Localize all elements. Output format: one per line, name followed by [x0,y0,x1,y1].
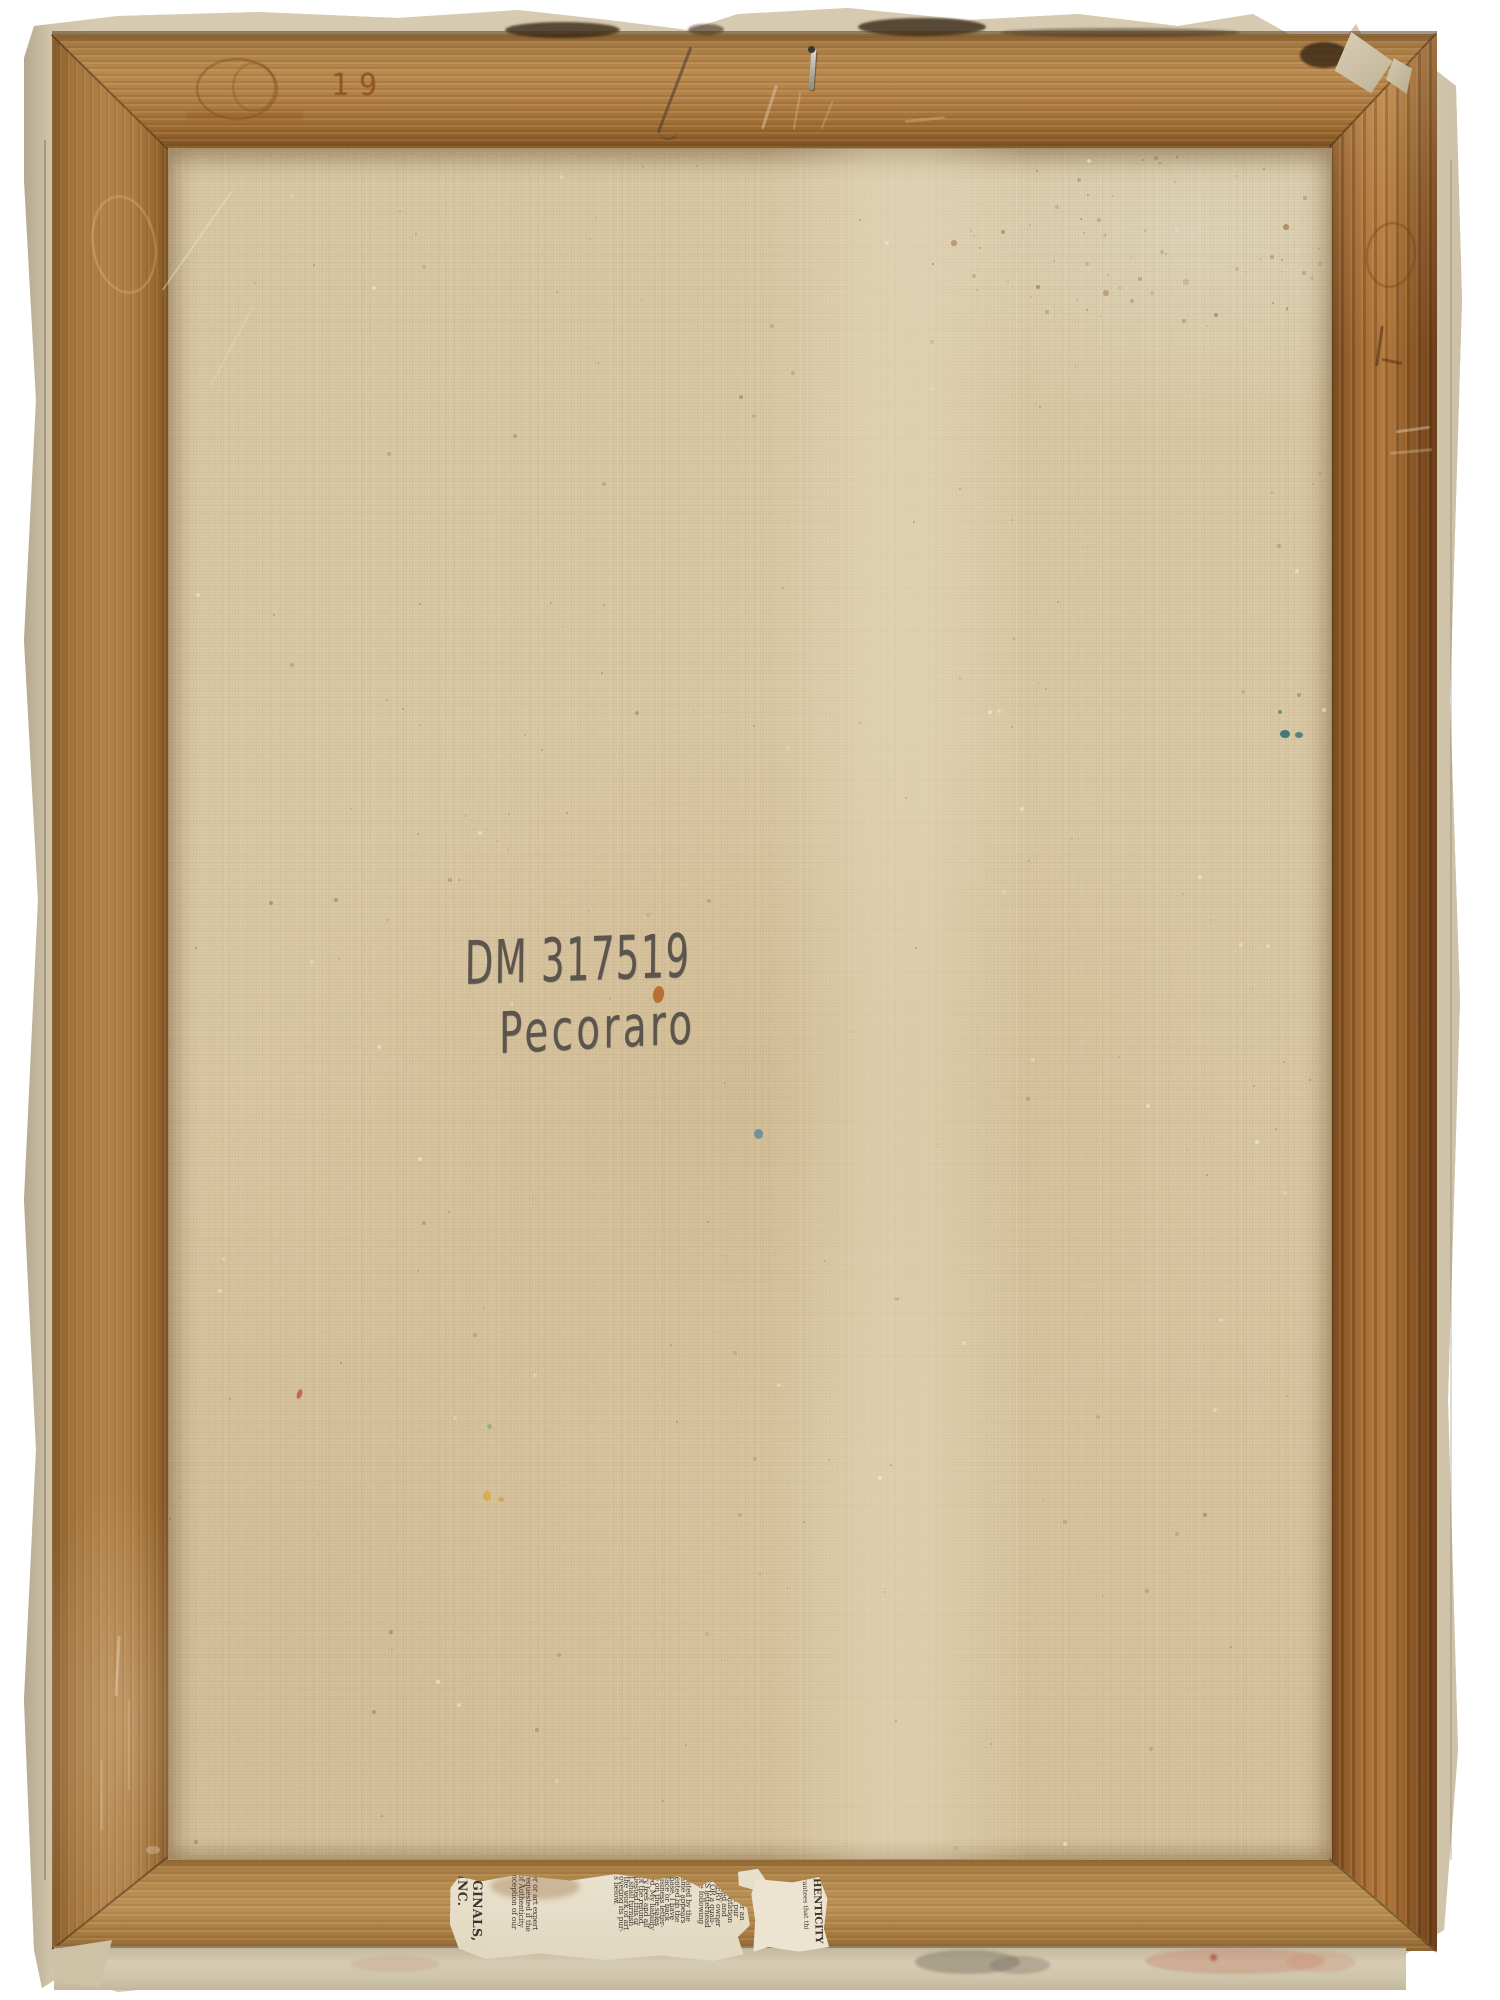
label-title-fragment: HENTICITY [811,1878,824,1947]
shadow-gap [505,22,620,38]
wood-top-edge-line [52,31,1437,34]
rust-stain-cluster [169,149,171,151]
paint-speck-green [487,1424,492,1429]
manufacturer-stamp-icon-inner [232,62,276,112]
label-text-block: urchaser andate of purpresentationsigned… [448,1873,749,1958]
canvas-edge-crease [44,140,46,1880]
label-company-line: IGINALS, INC. [455,1874,486,1955]
paint-speck-teal [1295,732,1303,738]
stretcher-bar-left [52,34,168,1951]
label-line: rantees that thi [801,1878,810,1947]
stamp-number: 19 [331,68,387,103]
painting-verso-photo: 19 DM 317519 Pecoraro [0,0,1500,2000]
label-text-block: HENTICITY rantees that thi [750,1877,826,1950]
paint-speck-yellow [483,1491,491,1501]
scratch-line [162,191,232,290]
label-line: the following [697,1877,704,1957]
canvas-back: DM 317519 Pecoraro [168,148,1332,1860]
paint-speck-blue [754,1129,763,1139]
label-column: eated by theame appearsented on thehase,… [613,1876,691,1957]
canvas-light-band [769,149,1029,1859]
scuff-mark [100,1760,103,1830]
paint-drip-white [146,1846,160,1854]
authenticity-label-fragment: urchaser andate of purpresentationsigned… [450,1873,751,1962]
paint-speck-teal [1278,710,1282,714]
red-paint-dot [1210,1954,1217,1961]
stamp-text-illegible [186,112,304,120]
authenticity-label-fragment-right: HENTICITY rantees that thi [751,1877,830,1954]
artist-inscription: Pecoraro [499,991,695,1067]
paint-speck-teal [1280,730,1290,738]
stretcher-bar-right [1330,34,1437,1951]
canvas-edge-crease [1450,160,1452,1860]
staple-head [808,46,815,53]
label-column: er or art expertrequested if theof Authe… [511,1874,540,1954]
pink-stain [350,1956,440,1972]
label-line: nception of our [511,1874,519,1954]
gray-smudge [990,1956,1050,1974]
paint-speck-yellow [498,1497,504,1502]
scuff-mark [128,1700,130,1790]
scratch-line [210,306,254,386]
paint-speck-red [295,1388,303,1399]
pink-stain [1286,1952,1356,1972]
